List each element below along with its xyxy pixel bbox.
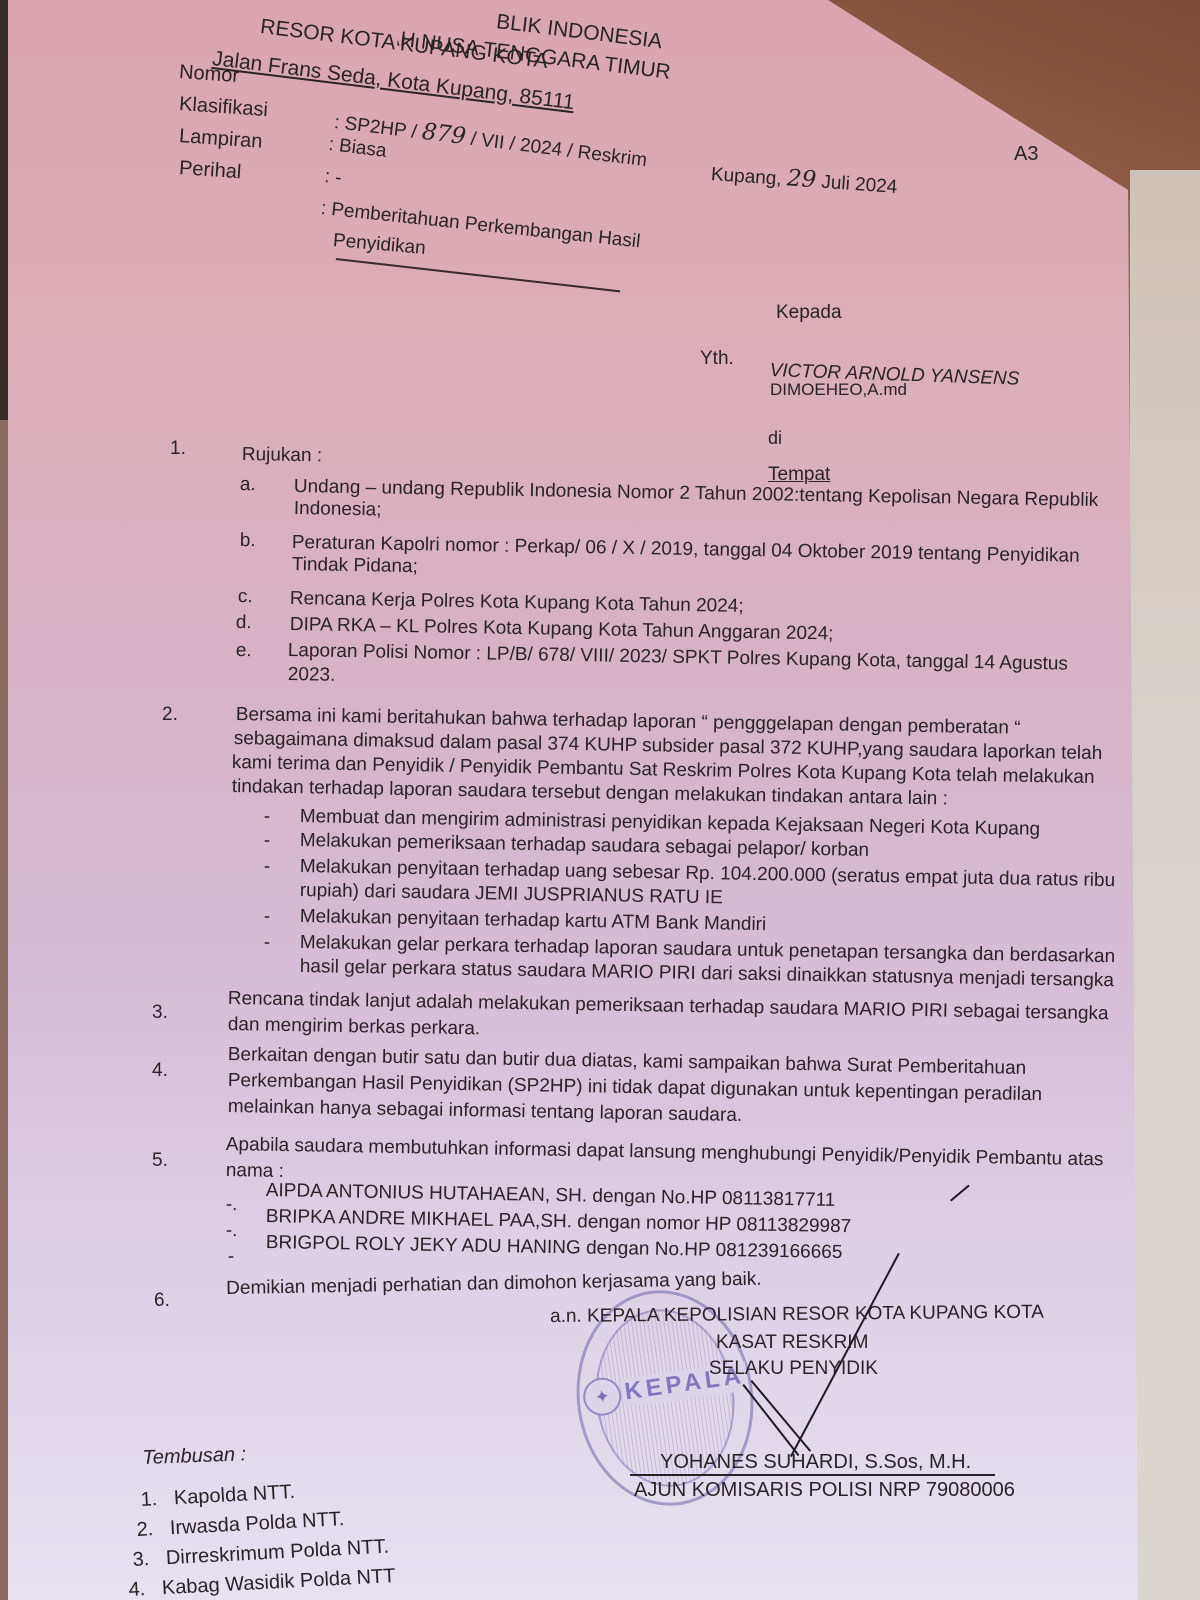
nomor-handwritten: 879 [421, 119, 468, 150]
contact-1-dash: -. [226, 1194, 238, 1217]
label-lampiran: Lampiran [178, 124, 263, 154]
recipient-name-line2: DIMOEHEO,A.md [770, 380, 907, 400]
bullet-4-dash: - [264, 906, 271, 929]
section-5-number: 5. [152, 1150, 168, 1173]
signature-on-behalf: a.n. KEPALA KEPOLISIAN RESOR KOTA KUPANG… [550, 1302, 1044, 1329]
tembusan-item-2: 2. Irwasda Polda NTT. [136, 1507, 345, 1542]
rujukan-c-line1: Rencana Kerja Polres Kota Kupang Kota Ta… [290, 588, 744, 619]
lampiran-value: : - [323, 166, 343, 191]
section-4-number: 4. [152, 1060, 168, 1083]
recipient-tempat: Tempat [768, 464, 830, 487]
section-4-line3: melainkan hanya sebagai informasi tentan… [228, 1096, 743, 1128]
date-day-handwritten: 29 [786, 165, 817, 193]
label-perihal: Perihal [178, 156, 242, 184]
rujukan-e-line1: Laporan Polisi Nomor : LP/B/ 678/ VIII/ … [288, 640, 1068, 676]
date-suffix: Juli 2024 [821, 172, 898, 198]
nomor-suffix: / VII / 2024 / Reskrim [469, 129, 648, 171]
page-code: A3 [1014, 142, 1038, 166]
signature-position2: SELAKU PENYIDIK [709, 1358, 878, 1381]
rujukan-a-letter: a. [240, 474, 256, 497]
signatory-name: YOHANES SUHARDI, S.Sos, M.H. [660, 1450, 971, 1474]
rujukan-a-line1: Undang – undang Republik Indonesia Nomor… [294, 476, 1099, 513]
rujukan-c-letter: c. [238, 586, 253, 609]
section-2-number: 2. [162, 704, 178, 727]
tembusan-item-number: 3. [132, 1548, 150, 1571]
rujukan-a-line2: Indonesia; [294, 498, 382, 522]
bullet-2-dash: - [264, 830, 271, 853]
tembusan-item-1: 1. Kapolda NTT. [140, 1480, 296, 1512]
perihal-line2: Penyidikan [332, 230, 427, 261]
tembusan-title: Tembusan : [142, 1442, 247, 1470]
recipient-yth: Yth. [700, 348, 734, 371]
signature-stroke [950, 1185, 970, 1202]
signature-stroke [750, 1380, 811, 1452]
perihal-underline [336, 258, 620, 292]
section-3-number: 3. [152, 1002, 168, 1025]
section-1-number: 1. [170, 438, 186, 461]
contact-2-dash: -. [226, 1220, 238, 1243]
tembusan-item-number: 4. [128, 1578, 146, 1600]
tembusan-item-number: 2. [136, 1518, 154, 1541]
date-prefix: Kupang, [710, 164, 782, 190]
rujukan-d-letter: d. [236, 612, 252, 635]
bullet-1-dash: - [264, 806, 271, 829]
rujukan-e-line2: 2023. [288, 664, 336, 688]
letter-date: Kupang, 29 Juli 2024 [710, 160, 898, 201]
label-nomor: Nomor [178, 60, 240, 88]
signatory-rank: AJUN KOMISARIS POLISI NRP 79080006 [634, 1478, 1015, 1502]
signature-stroke [790, 1253, 900, 1457]
signatory-name-underline [630, 1474, 995, 1476]
section-3-line2: dan mengirim berkas perkara. [228, 1014, 481, 1041]
section-5-line1: Apabila saudara membutuhkan informasi da… [226, 1134, 1104, 1172]
recipient-di: di [768, 428, 782, 450]
rujukan-b-line2: Tindak Pidana; [292, 554, 418, 579]
bullet-5-dash: - [264, 932, 271, 955]
rujukan-e-letter: e. [236, 640, 252, 663]
letter-document: REPUBLIK INDONESIA DAERAH NUSA TENGGARA … [0, 0, 1200, 1600]
section-1-title: Rujukan : [242, 444, 323, 468]
bullet-3-dash: - [264, 856, 271, 879]
recipient-kepada: Kepada [776, 302, 842, 325]
label-klasifikasi: Klasifikasi [178, 92, 268, 122]
rujukan-b-letter: b. [240, 530, 256, 553]
section-6-number: 6. [154, 1290, 170, 1313]
tembusan-item-number: 1. [140, 1488, 158, 1511]
contact-3-dash: - [228, 1246, 235, 1269]
